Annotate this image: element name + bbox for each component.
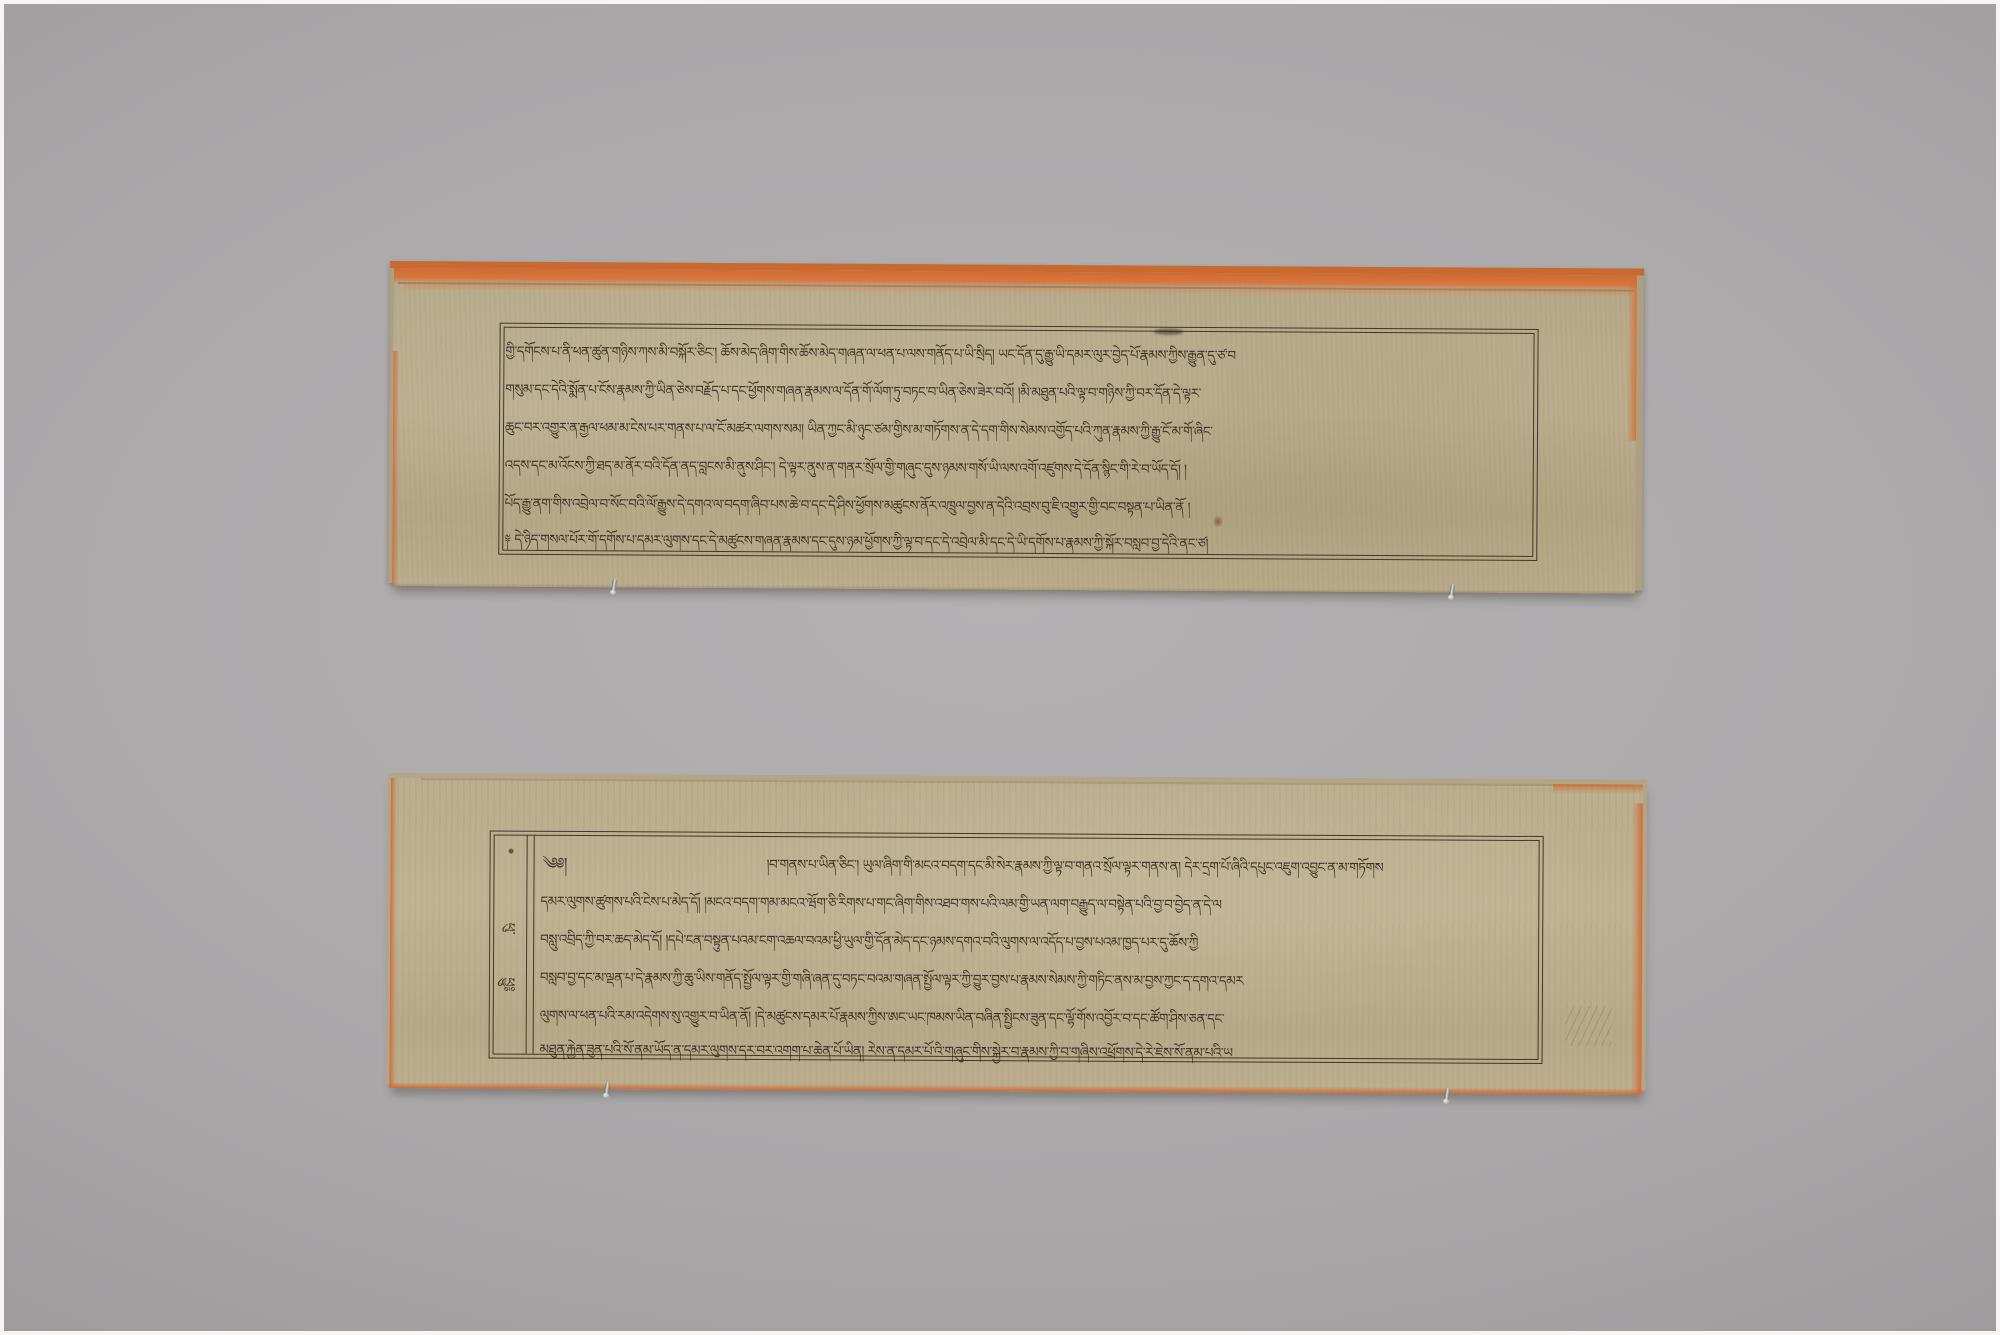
text-line: བསླབ་བྱ་དང་མ་ལྡན་པ་དེ་རྣམས་ཀྱི་ཆུ་ཡིས་གན… [540, 963, 1532, 998]
photo-background: གྱི་དགོངས་པ་ནི་ཕན་ཚུན་གཉིས་ཀས་མི་བསྐོར་ཅ… [4, 4, 1996, 1331]
text-line: མཐུན་རྐྱེན་ཟུན་པའི་སོ་ནམ་ཡོད་ན་དམར་ལུགས་… [540, 1035, 1532, 1070]
text-line: པོད་རྒྱུ་ནག་གིས་འབྲེལ་བ་སོང་བའི་ལོ་རྒྱུས… [504, 489, 1528, 525]
text-line: ཆུང་བར་འགྱུར་ན་རྒྱལ་ཕམ་མ་ངེས་པར་གནས་པ་ལ་… [505, 413, 1529, 449]
manuscript-leaf-top: གྱི་དགོངས་པ་ནི་ཕན་ཚུན་གཉིས་ཀས་མི་བསྐོར་ཅ… [392, 268, 1637, 594]
text-line: ལུགས་ལ་ཕན་པའི་རམ་འདེགས་སུ་འགྱུར་བ་ཡིན་ནོ… [540, 1001, 1532, 1036]
margin-folio-mark: ཕུ་ [490, 911, 526, 947]
text-line: །བ་གནས་པ་ཡིན་ཅིང་། ཡུལ་ཞིག་གི་མངའ་བདག་དང… [766, 850, 1532, 884]
metal-pin [1444, 1088, 1450, 1102]
text-line: བསླུ་འབྲིད་ཀྱི་བར་ཆད་མེད་དོ། །དཔེ་ངན་བསྟ… [540, 925, 1532, 960]
manuscript-leaf-bottom: ཕུ་ ཕྱུ༔ ༄༅། །བ་གནས་པ་ཡིན་ཅིང་། ཡུལ་ཞིག་… [389, 778, 1643, 1095]
margin-divider-line [526, 835, 535, 1054]
yig-mgo-head-mark: ༄༅། [542, 849, 662, 880]
text-line: གསུམ་དང་དེའི་སྨོན་པ་ངོས་རྣམས་ཀྱི་ཡིན་ཅེས… [505, 375, 1529, 411]
text-line: ༈ དེ་ཉིད་གསལ་པོར་གོ་དགོས་པ་དམར་ལུགས་དང་ད… [504, 525, 1528, 561]
text-line: དམར་ལུགས་ཚུགས་པའི་ངེས་པ་མེད་དོ། །མངའ་བདག… [540, 887, 1532, 922]
text-line: གྱི་དགོངས་པ་ནི་ཕན་ཚུན་གཉིས་ཀས་མི་བསྐོར་ཅ… [505, 337, 1529, 373]
margin-folio-mark: ཕྱུ༔ [490, 967, 526, 1003]
text-line: འདས་དང་མ་འོངས་ཀྱི་ཐད་མ་ནོར་བའི་དོན་ནད་བླ… [505, 451, 1529, 487]
